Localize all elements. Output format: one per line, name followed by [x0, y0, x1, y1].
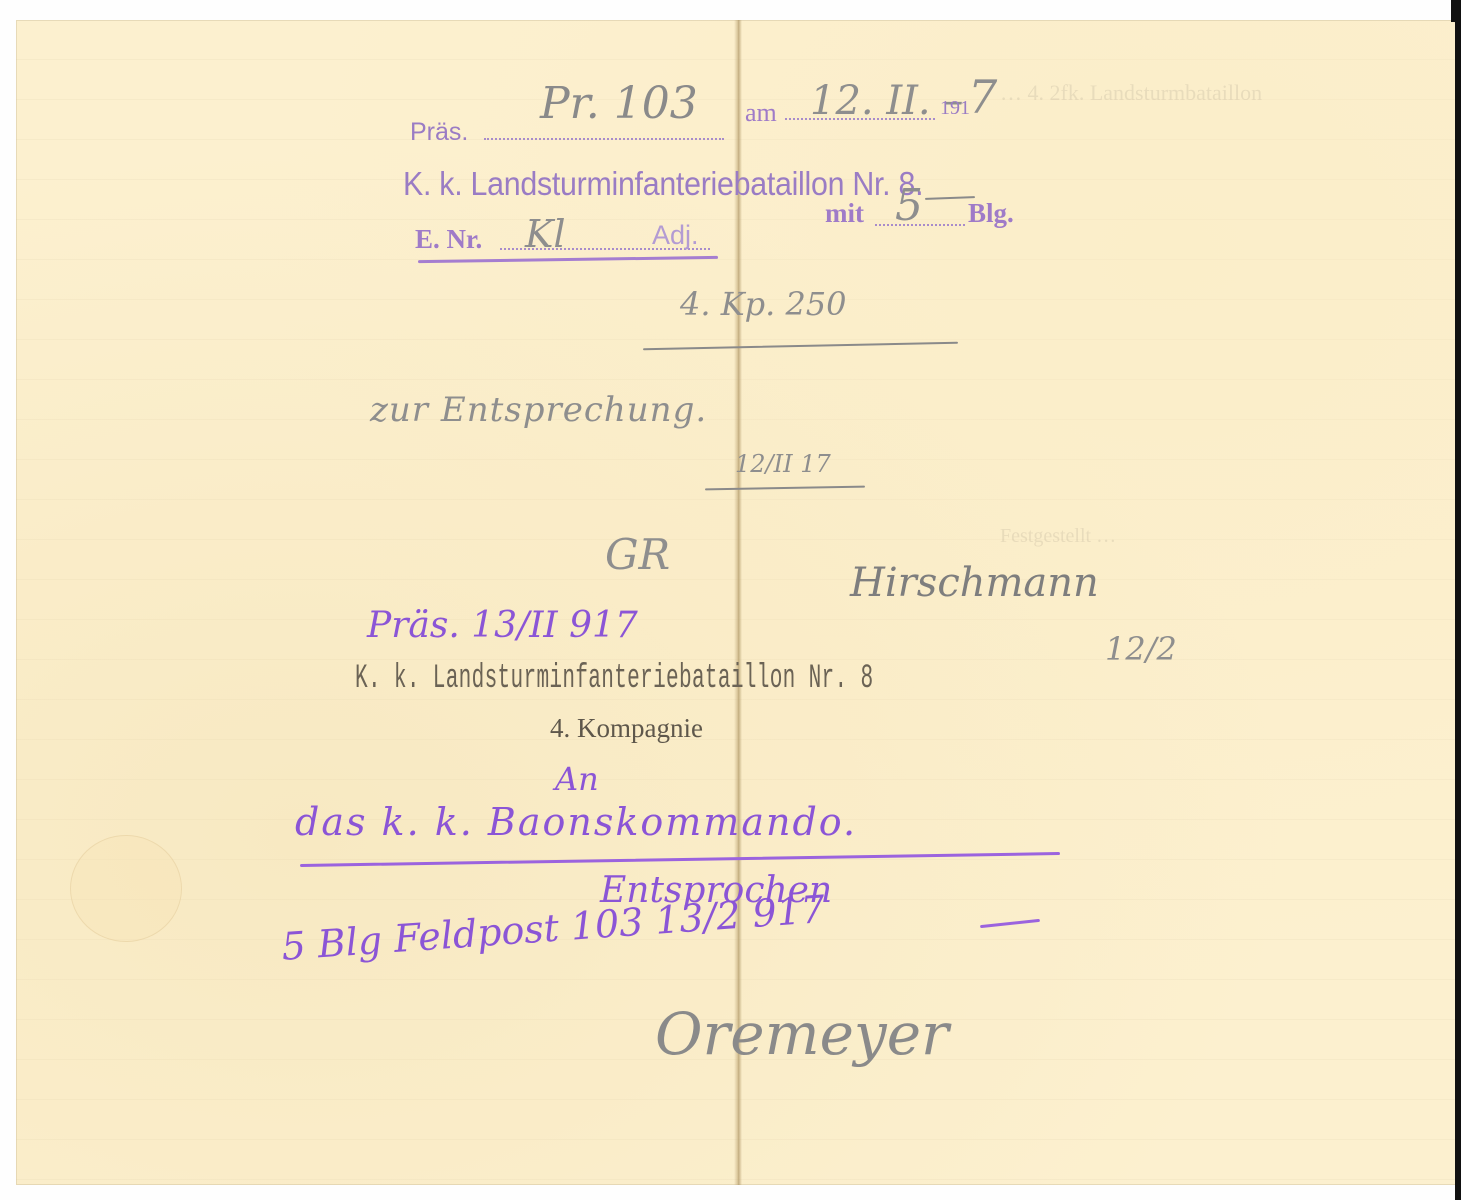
- pencil-signature-date: 12/2: [1105, 630, 1177, 668]
- enclosures-value: 5: [895, 180, 923, 231]
- received-note: Präs. 13/II 917: [367, 605, 638, 646]
- pras-dotted-line: [484, 138, 724, 140]
- entry-label: E. Nr.: [415, 224, 482, 255]
- company-stamp-unit-line: K. k. Landsturminfanteriebataillon Nr. 8: [355, 660, 873, 698]
- blg-label: Blg.: [968, 198, 1014, 229]
- addressee-prefix: An: [555, 760, 599, 798]
- company-stamp-company-line: 4. Kompagnie: [550, 713, 703, 744]
- scan-edge-strip: [1455, 0, 1461, 1200]
- pras-label: Präs.: [410, 118, 468, 147]
- year-handwritten: 7: [968, 70, 997, 124]
- bleed-through-text: Festgestellt …: [1000, 525, 1116, 548]
- pencil-instruction: zur Entsprechung.: [370, 390, 707, 430]
- pencil-signature: Hirschmann: [850, 560, 1099, 606]
- date-prefix: am: [745, 98, 777, 128]
- addressee: das k. k. Baonskommando.: [295, 800, 857, 844]
- scan-edge-corner: [1451, 0, 1461, 22]
- paper-stain: [70, 835, 182, 942]
- adj-label: Adj.: [652, 220, 699, 251]
- pencil-reference: 4. Kp. 250: [680, 285, 847, 323]
- pras-number: Pr. 103: [540, 78, 698, 129]
- ink-signature: Oremeyer: [655, 1000, 949, 1068]
- mit-label: mit: [825, 198, 864, 229]
- pencil-date: 12/II 17: [735, 450, 831, 478]
- entry-value: Kl: [525, 212, 566, 256]
- pencil-initials: GR: [605, 530, 670, 579]
- year-printed: 191: [940, 97, 970, 120]
- bleed-through-text: … 4. 2fk. Landsturmbataillon: [1000, 80, 1262, 106]
